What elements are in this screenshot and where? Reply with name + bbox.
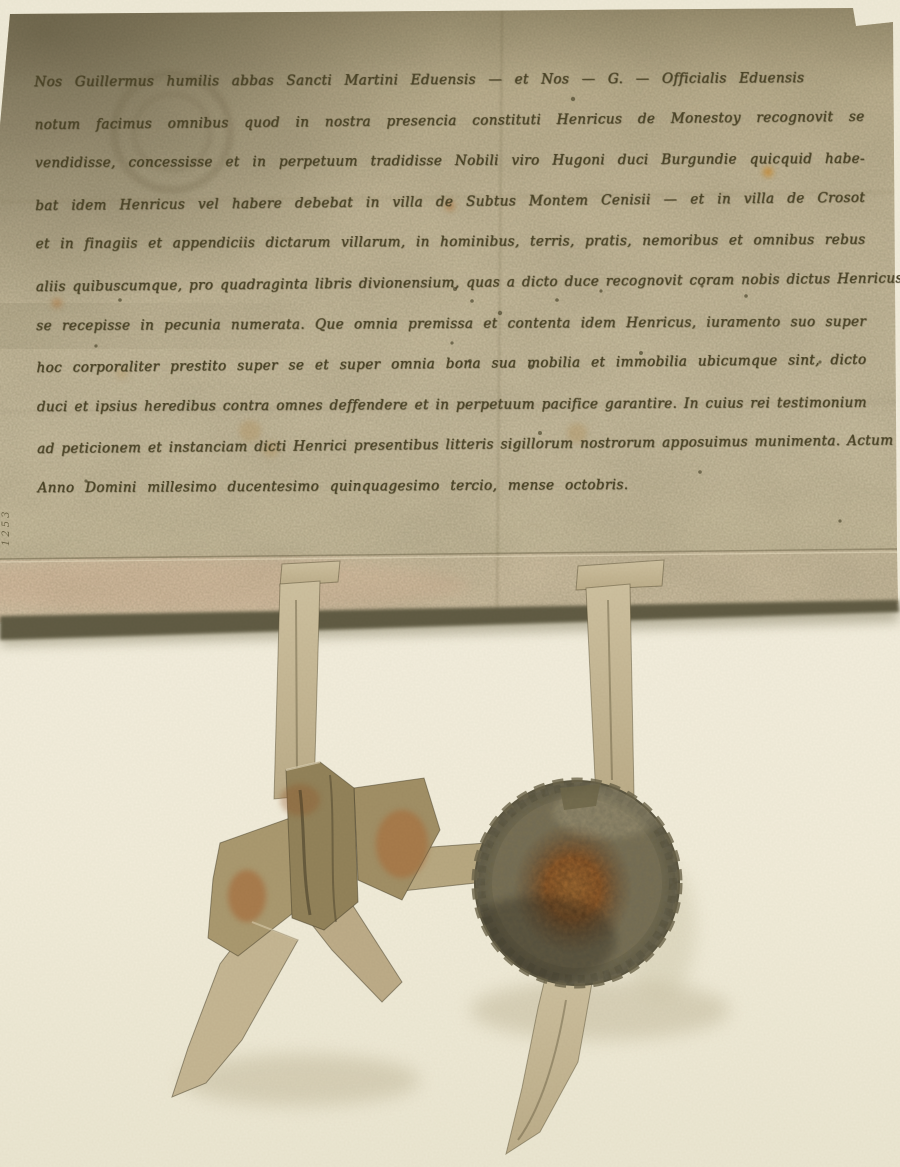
charter-line: vendidisse, concessisse et in perpetuum … — [35, 151, 865, 196]
charter-line: hoc corporaliter prestito super se et su… — [36, 352, 866, 401]
charter-line: aliis quibuscumque, pro quadraginta libr… — [36, 271, 866, 320]
charter-date-line: Anno Domini millesimo ducentesimo quinqu… — [37, 476, 867, 521]
charter-line: Nos Guillermus humilis abbas Sancti Mart… — [34, 70, 864, 115]
charter-line: et in finagiis et appendiciis dictarum v… — [36, 232, 866, 277]
charter-line: ad peticionem et instanciam dicti Henric… — [37, 433, 867, 482]
charter-line: bat idem Henricus vel habere debebat in … — [35, 190, 865, 239]
charter-photograph: Nos Guillermus humilis abbas Sancti Mart… — [0, 0, 900, 1167]
charter-text: Nos Guillermus humilis abbas Sancti Mart… — [34, 69, 867, 522]
charter-line: se recepisse in pecunia numerata. Que om… — [36, 313, 866, 358]
marginal-annotation: 1253 — [1, 436, 16, 546]
charter-line: notum facimus omnibus quod in nostra pre… — [35, 108, 865, 157]
charter-line: duci et ipsius heredibus contra omnes de… — [37, 395, 867, 440]
